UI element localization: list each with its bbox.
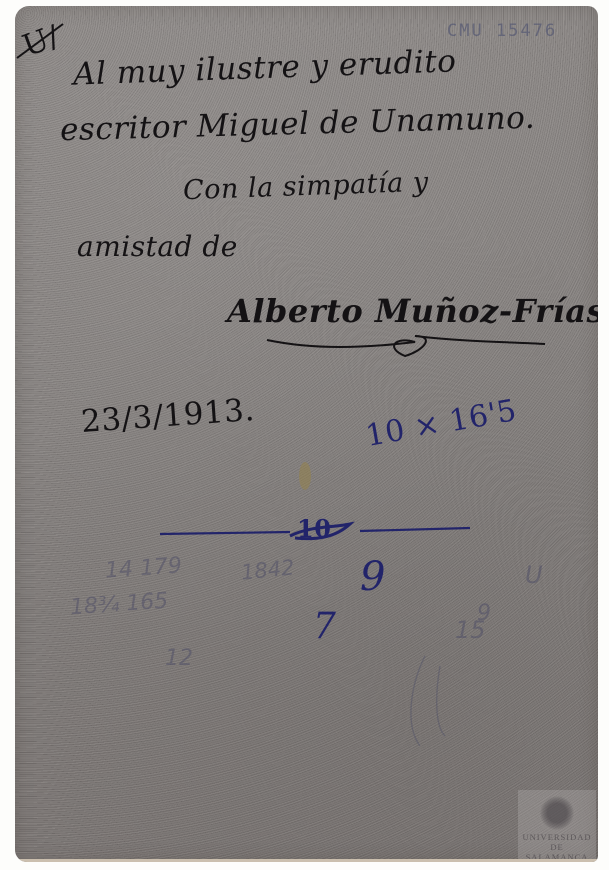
pencil-note-4: 12 [165, 646, 193, 671]
dimensions-note: 10 × 16'5 [363, 393, 519, 454]
corner-mark: U/ [18, 19, 64, 64]
dedication-line-2: escritor Miguel de Unamuno. [60, 100, 536, 148]
dedication-line-1: Al muy ilustre y erudito [72, 43, 456, 92]
blue-number-7: 7 [313, 606, 336, 647]
archive-stamp: CMU 15476 [447, 21, 557, 41]
struck-number: 10 [297, 514, 331, 543]
pencil-note-7: 9 [477, 601, 491, 626]
pencil-note-2: 18¾ 165 [69, 589, 169, 621]
dedication-line-3: Con la simpatía y [183, 167, 430, 207]
watermark-line-2: DE SALAMANCA [518, 842, 596, 862]
university-seal-icon [540, 796, 574, 830]
date: 23/3/1913. [80, 392, 256, 440]
pencil-note-6: U [525, 561, 543, 589]
photo-card-back: U/ CMU 15476 Al muy ilustre y erudito es… [15, 6, 598, 862]
signature: Alberto Muñoz-Frías. [227, 292, 598, 330]
watermark-line-1: UNIVERSIDAD [518, 832, 596, 842]
university-watermark: UNIVERSIDAD DE SALAMANCA [518, 790, 596, 860]
pencil-note-3: 1842 [240, 555, 296, 584]
blue-number-9: 9 [360, 554, 386, 600]
pencil-note-1: 14 179 [104, 553, 183, 583]
dedication-line-4: amistad de [77, 230, 238, 263]
